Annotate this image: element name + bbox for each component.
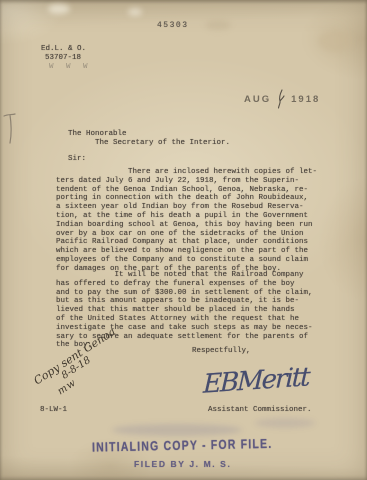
- margin-pencil-mark: [2, 112, 18, 146]
- ink-smudge: [255, 418, 315, 428]
- paper-blemish: [318, 30, 352, 52]
- handwritten-day-mark: [275, 89, 287, 109]
- paper-blemish: [205, 20, 231, 30]
- date-stamp-year: 1918: [291, 94, 320, 105]
- date-stamp: AUG 1918: [244, 89, 320, 109]
- file-reference-number: 53707-18: [45, 54, 81, 63]
- file-reference-initials: W W W: [49, 63, 92, 72]
- initialing-copy-stamp: INITIALING COPY - FOR FILE.: [92, 437, 273, 456]
- salutation: Sir:: [68, 155, 86, 164]
- closing: Respectfully,: [192, 347, 251, 356]
- addressee: The Honorable The Secretary of the Inter…: [68, 130, 230, 148]
- file-reference-office: Ed.L. & O.: [41, 45, 86, 54]
- body-paragraph-1: There are inclosed herewith copies of le…: [56, 168, 317, 274]
- scanned-letter-page: 45303 Ed.L. & O. 53707-18 W W W AUG 1918…: [0, 0, 367, 480]
- signature: EBMeritt: [203, 362, 310, 400]
- date-stamp-month: AUG: [244, 94, 271, 105]
- signer-title: Assistant Commissioner.: [208, 406, 312, 415]
- paper-blemish: [48, 4, 70, 14]
- serial-number: 45303: [157, 22, 189, 31]
- paper-blemish: [128, 8, 142, 16]
- filed-by-stamp: FILED BY J. M. S.: [134, 459, 231, 469]
- ink-smudge: [112, 424, 242, 436]
- file-code: 8-LW-1: [40, 406, 67, 415]
